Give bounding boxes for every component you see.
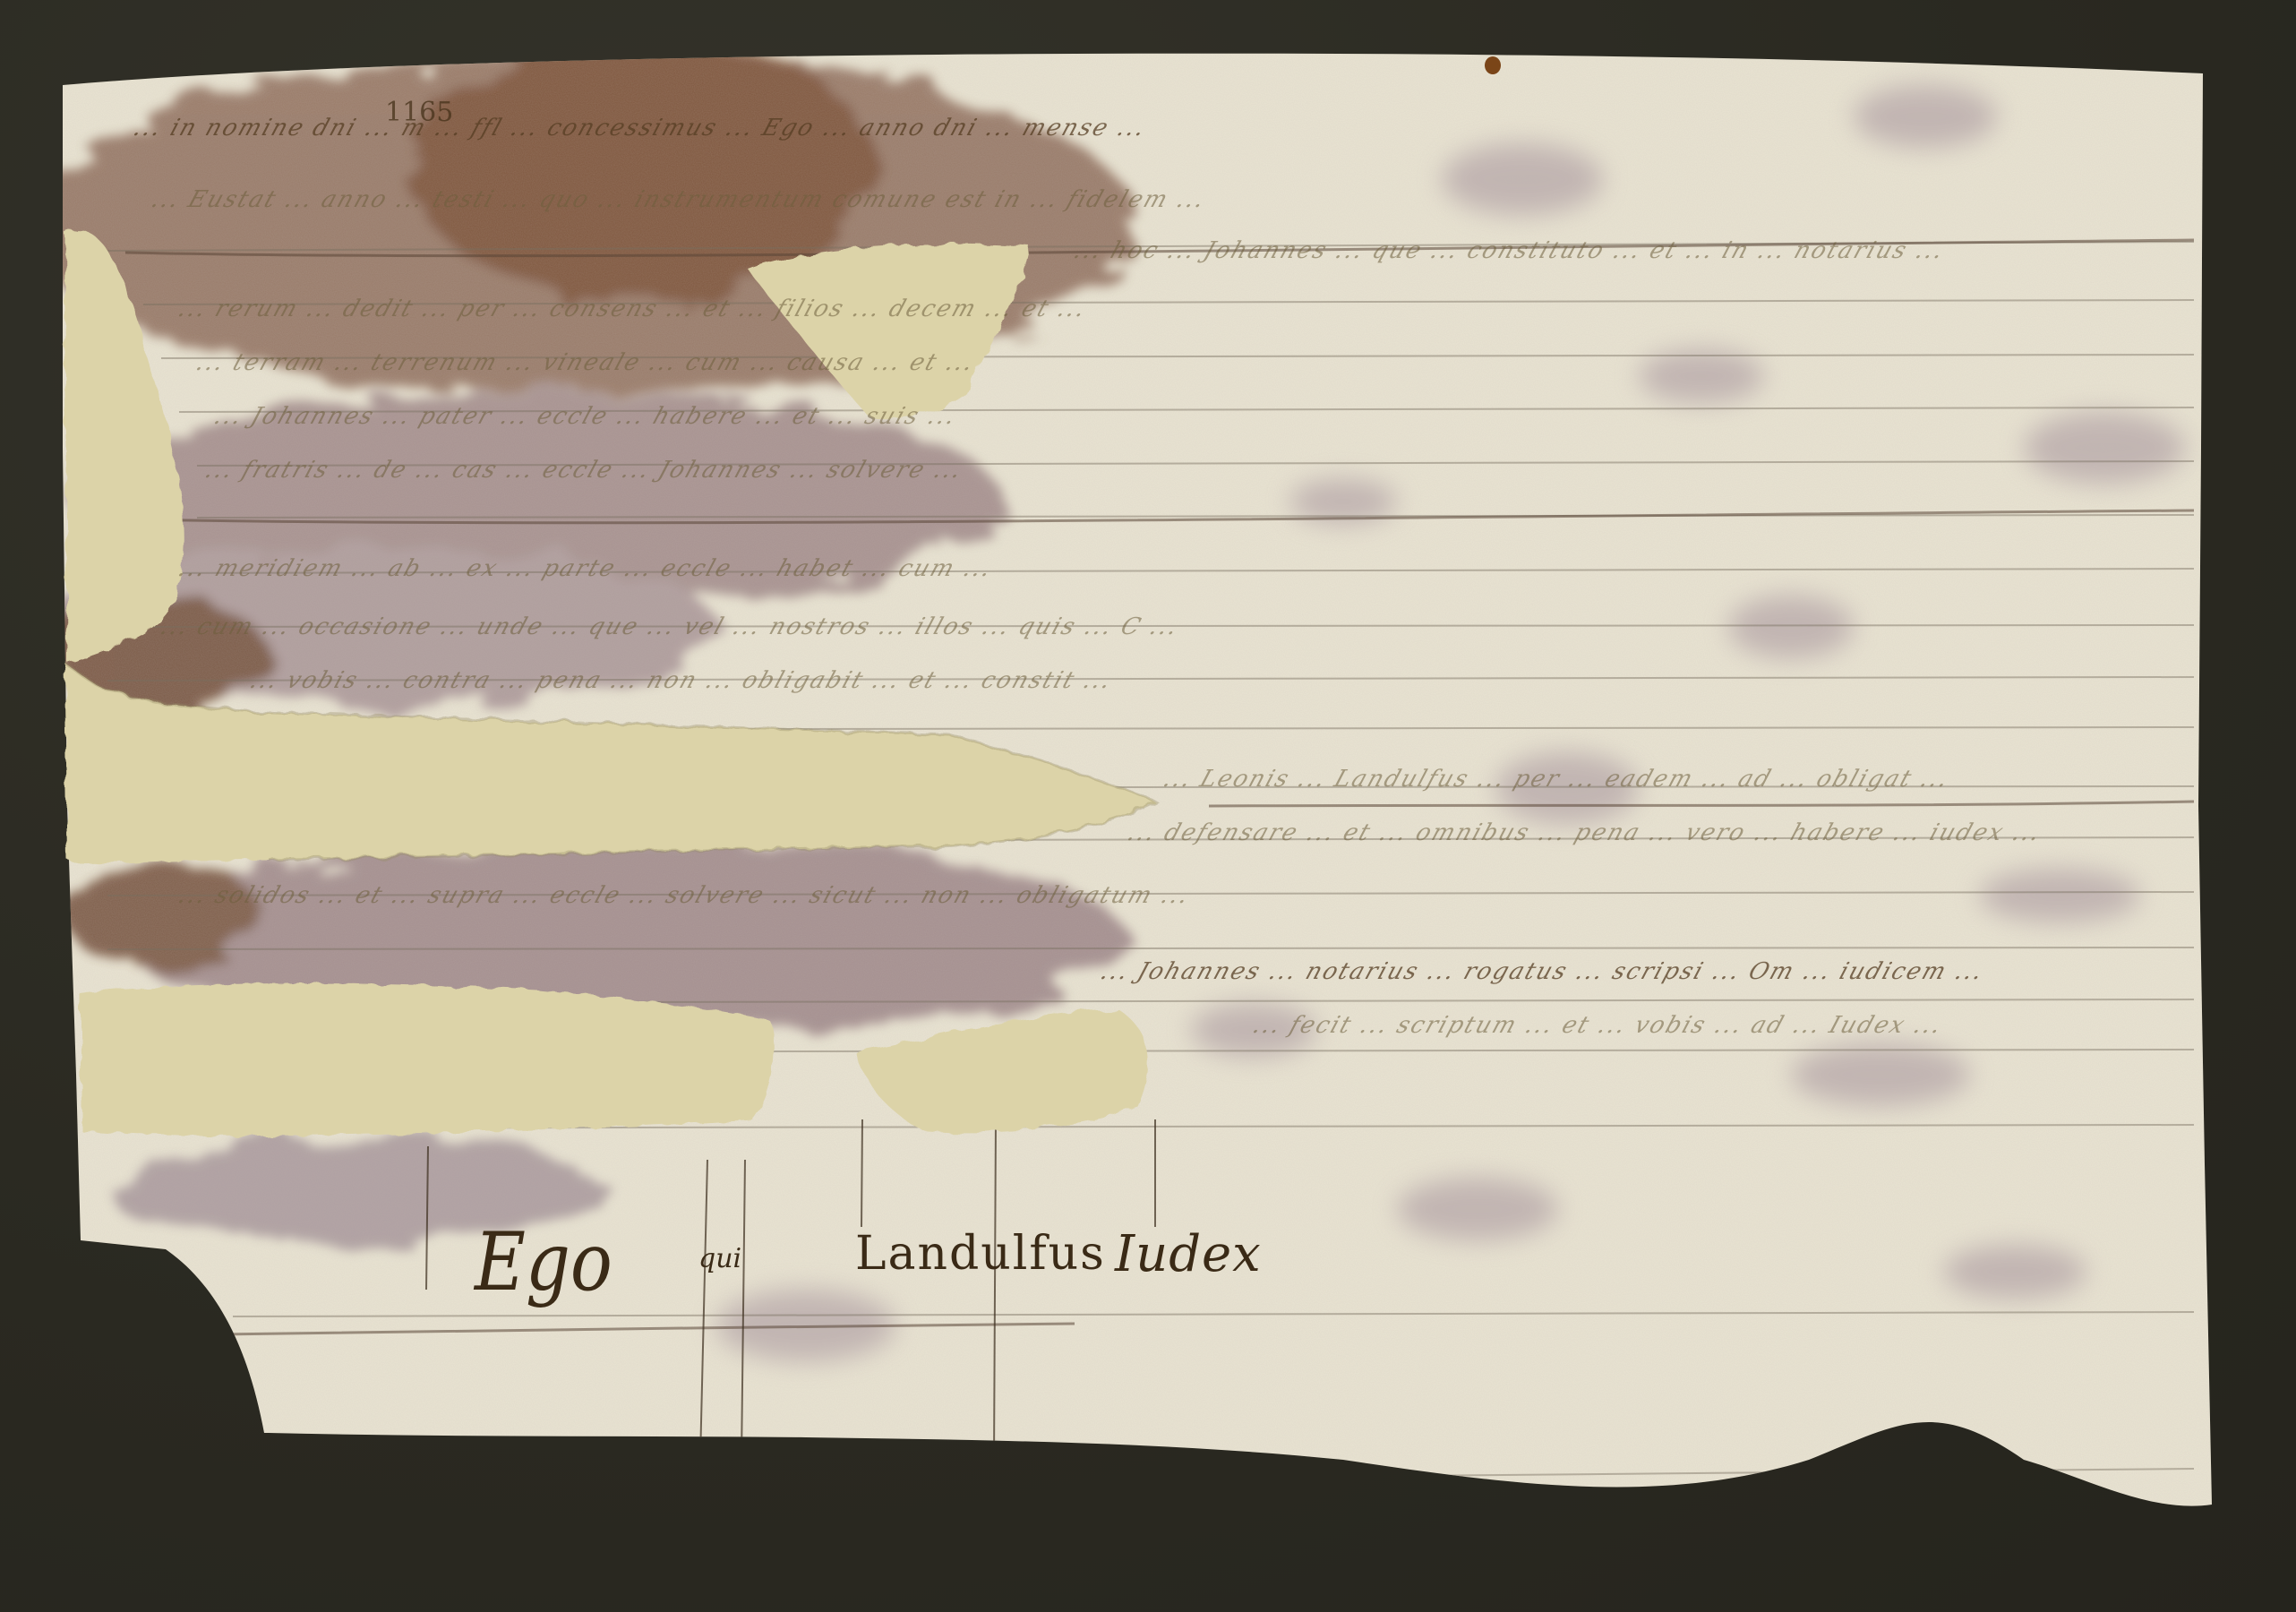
signature-qui: qui xyxy=(698,1243,741,1274)
signature-title: Iudex xyxy=(1115,1225,1262,1283)
parchment-sheet xyxy=(0,0,2296,1612)
header-mark: 1165 xyxy=(385,97,453,128)
signature-ego: Ego xyxy=(475,1216,613,1309)
signature-name: Landulfus xyxy=(855,1227,1106,1281)
document-viewer: 1165 ... in nomine dni ... m ... ffl ...… xyxy=(0,0,2296,1612)
ink-blot xyxy=(1485,56,1501,74)
